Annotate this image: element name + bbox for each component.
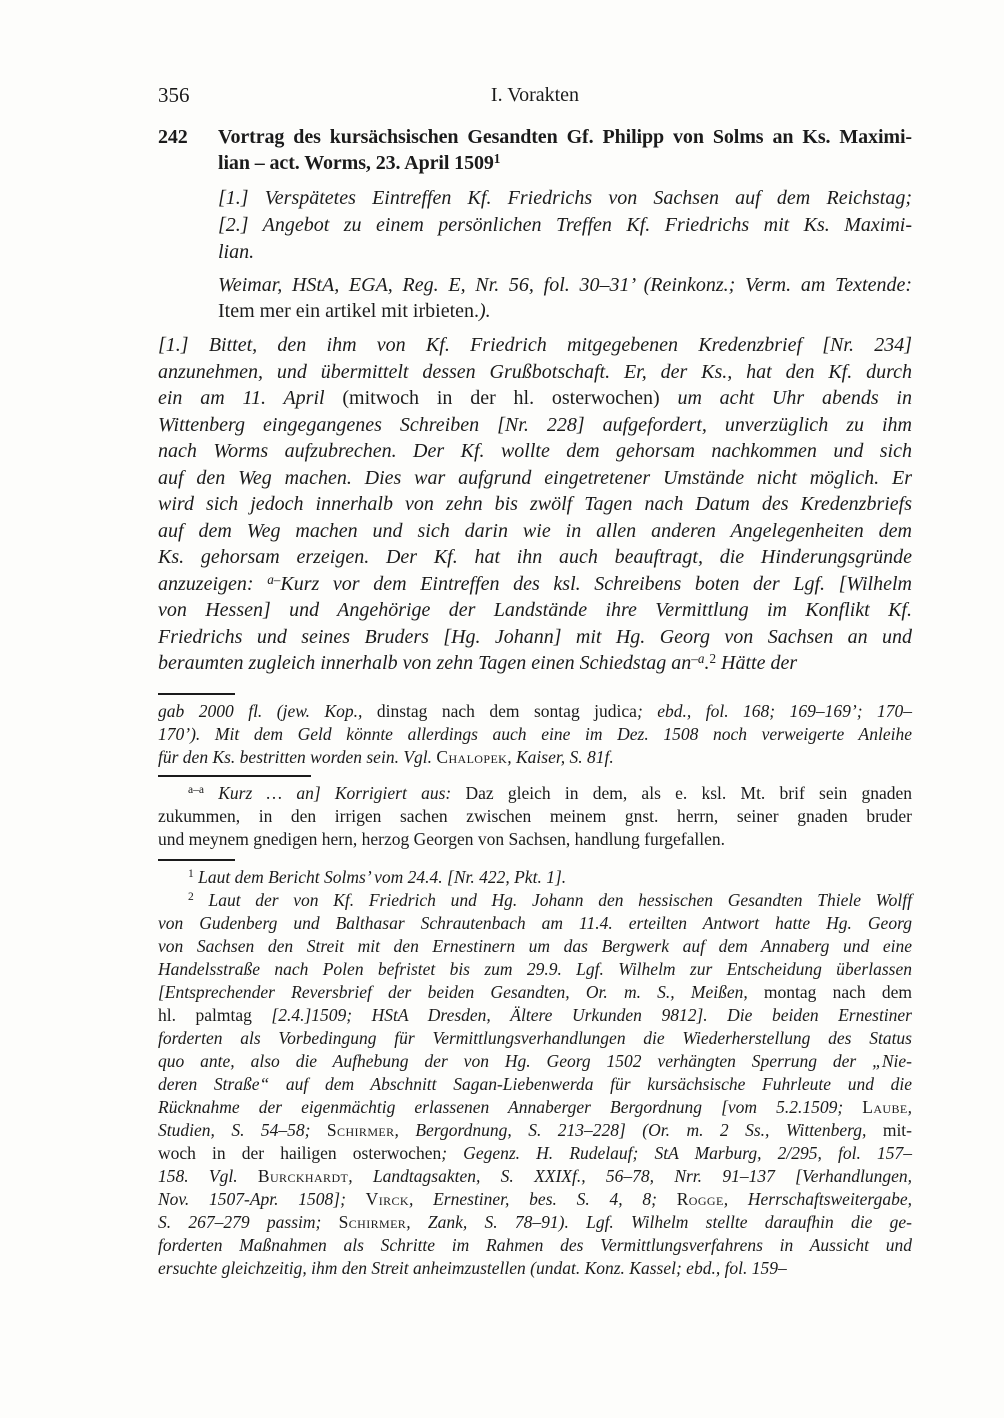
- text-line: forderten Maßnahmen als Schritte im Rahm…: [158, 1234, 912, 1257]
- text-line: von Gudenberg und Balthasar Schrautenbac…: [158, 912, 912, 935]
- text-line: nach Worms aufzubrechen. Der Kf. wollte …: [158, 438, 912, 465]
- text-run: Friedrichs und seines Bruders [Hg. Johan…: [158, 626, 912, 648]
- footnote-2: 2 Laut der von Kf. Friedrich und Hg. Joh…: [158, 889, 912, 1280]
- text-run: forderten Maßnahmen als Schritte im Rahm…: [158, 1235, 912, 1255]
- text-run: , Bergordnung, S. 213–228] (Or. m. 2 Ss.…: [395, 1120, 883, 1140]
- text-run: nach Worms aufzubrechen. Der Kf. wollte …: [158, 440, 912, 462]
- text-line: deren Straße“ auf dem Abschnitt Sagan-Li…: [158, 1073, 912, 1096]
- text-line: woch in der hailigen osterwochen; Gegenz…: [158, 1142, 912, 1165]
- text-line: lian – act. Worms, 23. April 15091: [218, 150, 912, 176]
- text-run: Daz gleich in dem, als e. ksl. Mt. brif …: [465, 783, 912, 803]
- entry-title: Vortrag des kursächsischen Gesandten Gf.…: [218, 124, 912, 176]
- text-run: Studien, S. 54–58;: [158, 1120, 327, 1140]
- text-run: hl. palmtag: [158, 1005, 271, 1025]
- text-run: mit-: [883, 1120, 912, 1140]
- text-line: [1.] Bittet, den ihm von Kf. Friedrich m…: [158, 332, 912, 359]
- text-line: Nov. 1507-Apr. 1508]; Virck, Ernestiner,…: [158, 1188, 912, 1211]
- text-run: , Landtagsakten, S. XXIXf., 56–78, Nrr. …: [348, 1166, 912, 1186]
- text-run: lian.: [218, 241, 254, 263]
- text-column: 356 I. Vorakten 242 Vortrag des kursächs…: [158, 82, 912, 1280]
- text-run: 1: [494, 151, 501, 166]
- text-line: 158. Vgl. Burckhardt, Landtagsakten, S. …: [158, 1165, 912, 1188]
- variant-apparatus: a–a Kurz … an] Korrigiert aus: Daz gleic…: [158, 782, 912, 851]
- text-run: gab 2000 fl. (jew. Kop.,: [158, 701, 377, 721]
- text-line: anzuzeigen: a–Kurz vor dem Eintreffen de…: [158, 571, 912, 598]
- text-line: Vortrag des kursächsischen Gesandten Gf.…: [218, 124, 912, 150]
- text-line: von Hessen] und Angehörige der Landständ…: [158, 597, 912, 624]
- text-run: Rogge: [677, 1189, 724, 1209]
- text-run: Virck: [366, 1189, 409, 1209]
- text-run: ).: [479, 300, 491, 322]
- text-run: Handelsstraße nach Polen befristet bis z…: [158, 959, 912, 979]
- text-line: Friedrichs und seines Bruders [Hg. Johan…: [158, 624, 912, 651]
- text-run: Laube: [862, 1097, 907, 1117]
- text-line: Rücknahme der eigenmächtig erlassenen An…: [158, 1096, 912, 1119]
- text-run: ,: [908, 1097, 912, 1117]
- text-line: und meynem gnedigen hern, herzog Georgen…: [158, 828, 912, 851]
- text-run: –a: [691, 651, 704, 666]
- entry-body: [1.] Bittet, den ihm von Kf. Friedrich m…: [158, 332, 912, 677]
- text-run: ein am 11. April: [158, 387, 342, 409]
- text-run: Laut der von Kf. Friedrich und Hg. Johan…: [194, 890, 912, 910]
- text-line: 170’). Mit dem Geld könnte allerdings au…: [158, 723, 912, 746]
- text-run: zukummen, in den irrigen sachen zwischen…: [158, 806, 912, 826]
- text-line: Weimar, HStA, EGA, Reg. E, Nr. 56, fol. …: [218, 272, 912, 298]
- text-run: anzuzeigen:: [158, 573, 267, 595]
- text-line: [Entsprechender Reversbrief der beiden G…: [158, 981, 912, 1004]
- text-run: 1: [188, 868, 194, 880]
- entry-summary: [1.] Verspätetes Eintreffen Kf. Friedric…: [218, 185, 912, 266]
- text-run: Chalopek: [436, 747, 507, 767]
- text-run: , Herrschaftsweitergabe,: [724, 1189, 912, 1209]
- text-run: , Kaiser, S. 81f.: [507, 747, 613, 767]
- text-line: [1.] Verspätetes Eintreffen Kf. Friedric…: [218, 185, 912, 212]
- text-run: [2.] Angebot zu einem persönlichen Treff…: [218, 214, 912, 236]
- text-line: auf dem Weg machen und sich darin wie in…: [158, 518, 912, 545]
- source-note: Weimar, HStA, EGA, Reg. E, Nr. 56, fol. …: [218, 272, 912, 324]
- text-run: Kurz … an] Korrigiert aus:: [204, 783, 465, 803]
- text-run: , Zank, S. 78–91). Lgf. Wilhelm stellte …: [406, 1212, 912, 1232]
- text-run: Nov. 1507-Apr. 1508];: [158, 1189, 366, 1209]
- book-page: 356 I. Vorakten 242 Vortrag des kursächs…: [0, 0, 1004, 1418]
- text-run: Wittenberg eingegangenes Schreiben [Nr. …: [158, 414, 912, 436]
- text-line: [2.] Angebot zu einem persönlichen Treff…: [218, 212, 912, 239]
- text-run: (mitwoch in der hl. osterwochen): [342, 387, 677, 409]
- text-line: beraumten zugleich innerhalb von zehn Ta…: [158, 650, 912, 677]
- text-run: 2: [709, 651, 716, 666]
- text-run: dinstag nach dem sontag judica: [377, 701, 637, 721]
- text-line: ersuchte gleichzeitig, ihm den Streit an…: [158, 1257, 912, 1280]
- entry-heading: 242 Vortrag des kursächsischen Gesandten…: [158, 124, 912, 176]
- text-line: Handelsstraße nach Polen befristet bis z…: [158, 958, 912, 981]
- entry-number: 242: [158, 124, 218, 176]
- text-run: Weimar, HStA, EGA, Reg. E, Nr. 56, fol. …: [218, 274, 912, 296]
- text-line: S. 267–279 passim; Schirmer, Zank, S. 78…: [158, 1211, 912, 1234]
- text-run: S. 267–279 passim;: [158, 1212, 339, 1232]
- text-run: woch in der hailigen osterwochen: [158, 1143, 441, 1163]
- text-run: [Entsprechender Reversbrief der beiden G…: [158, 982, 764, 1002]
- text-run: Vortrag des kursächsischen Gesandten Gf.…: [218, 126, 912, 148]
- text-line: auf den Weg machen. Dies war aufgrund ei…: [158, 465, 912, 492]
- text-line: quo ante, also die Aufhebung der von Hg.…: [158, 1050, 912, 1073]
- apparatus-separator: [158, 775, 311, 777]
- text-run: Schirmer: [339, 1212, 407, 1232]
- text-run: von Hessen] und Angehörige der Landständ…: [158, 599, 912, 621]
- text-run: a–a: [188, 784, 204, 796]
- text-line: ein am 11. April (mitwoch in der hl. ost…: [158, 385, 912, 412]
- text-line: für den Ks. bestritten worden sein. Vgl.…: [158, 746, 912, 769]
- text-run: von Sachsen den Streit mit den Ernestine…: [158, 936, 912, 956]
- running-head: I. Vorakten: [158, 82, 912, 108]
- text-run: [1.] Bittet, den ihm von Kf. Friedrich m…: [158, 334, 912, 356]
- text-run: für den Ks. bestritten worden sein. Vgl.: [158, 747, 436, 767]
- text-run: montag nach dem: [764, 982, 912, 1002]
- text-line: lian.: [218, 239, 912, 266]
- text-run: ersuchte gleichzeitig, ihm den Streit an…: [158, 1258, 787, 1278]
- text-run: 158. Vgl.: [158, 1166, 258, 1186]
- text-run: Kurz vor dem Eintreffen des ksl. Schreib…: [280, 573, 912, 595]
- footnote-1: 1 Laut dem Bericht Solms’ vom 24.4. [Nr.…: [158, 866, 912, 889]
- text-run: , Ernestiner, bes. S. 4, 8;: [409, 1189, 677, 1209]
- text-line: Wittenberg eingegangenes Schreiben [Nr. …: [158, 412, 912, 439]
- text-run: forderten als Vorbedingung für Vermittlu…: [158, 1028, 912, 1048]
- text-line: 2 Laut der von Kf. Friedrich und Hg. Joh…: [158, 889, 912, 912]
- text-line: Ks. gehorsam erzeigen. Der Kf. hat ihn a…: [158, 544, 912, 571]
- numbered-footnote-separator: [158, 859, 235, 861]
- text-run: quo ante, also die Aufhebung der von Hg.…: [158, 1051, 912, 1071]
- text-run: Laut dem Bericht Solms’ vom 24.4. [Nr. 4…: [194, 867, 566, 887]
- text-run: von Gudenberg und Balthasar Schrautenbac…: [158, 913, 912, 933]
- text-run: Schirmer: [327, 1120, 395, 1140]
- text-run: Rücknahme der eigenmächtig erlassenen An…: [158, 1097, 862, 1117]
- text-run: [2.4.]1509; HStA Dresden, Ältere Urkunde…: [271, 1005, 912, 1025]
- text-run: Item mer ein artikel mit irbieten.: [218, 300, 479, 322]
- text-run: ; ebd., fol. 168; 169–169’; 170–: [637, 701, 912, 721]
- text-run: und meynem gnedigen hern, herzog Georgen…: [158, 829, 725, 849]
- text-line: wird sich jedoch innerhalb von zehn bis …: [158, 491, 912, 518]
- text-run: auf den Weg machen. Dies war aufgrund ei…: [158, 467, 912, 489]
- text-line: anzunehmen, und übermittelt dessen Grußb…: [158, 359, 912, 386]
- text-run: lian – act. Worms, 23. April 1509: [218, 152, 494, 174]
- text-line: gab 2000 fl. (jew. Kop., dinstag nach de…: [158, 700, 912, 723]
- text-run: beraumten zugleich innerhalb von zehn Ta…: [158, 652, 691, 674]
- text-run: 2: [188, 891, 194, 903]
- text-run: Burckhardt: [258, 1166, 348, 1186]
- text-run: anzunehmen, und übermittelt dessen Grußb…: [158, 361, 912, 383]
- footnote-separator: [158, 693, 235, 695]
- text-run: ; Gegenz. H. Rudelauf; StA Marburg, 2/29…: [441, 1143, 912, 1163]
- page-header: 356 I. Vorakten: [158, 82, 912, 108]
- text-run: a–: [267, 572, 280, 587]
- text-run: deren Straße“ auf dem Abschnitt Sagan-Li…: [158, 1074, 912, 1094]
- text-run: Hätte der: [716, 652, 797, 674]
- text-line: 1 Laut dem Bericht Solms’ vom 24.4. [Nr.…: [158, 866, 912, 889]
- text-line: Item mer ein artikel mit irbieten.).: [218, 298, 912, 324]
- text-run: wird sich jedoch innerhalb von zehn bis …: [158, 493, 912, 515]
- text-run: 170’). Mit dem Geld könnte allerdings au…: [158, 724, 912, 744]
- text-line: von Sachsen den Streit mit den Ernestine…: [158, 935, 912, 958]
- text-line: a–a Kurz … an] Korrigiert aus: Daz gleic…: [158, 782, 912, 805]
- text-run: um acht Uhr abends in: [677, 387, 912, 409]
- text-line: Studien, S. 54–58; Schirmer, Bergordnung…: [158, 1119, 912, 1142]
- text-line: forderten als Vorbedingung für Vermittlu…: [158, 1027, 912, 1050]
- text-line: hl. palmtag [2.4.]1509; HStA Dresden, Äl…: [158, 1004, 912, 1027]
- text-run: auf dem Weg machen und sich darin wie in…: [158, 520, 912, 542]
- text-run: [1.] Verspätetes Eintreffen Kf. Friedric…: [218, 187, 912, 209]
- footnote-carryover: gab 2000 fl. (jew. Kop., dinstag nach de…: [158, 700, 912, 769]
- text-run: Ks. gehorsam erzeigen. Der Kf. hat ihn a…: [158, 546, 912, 568]
- text-line: zukummen, in den irrigen sachen zwischen…: [158, 805, 912, 828]
